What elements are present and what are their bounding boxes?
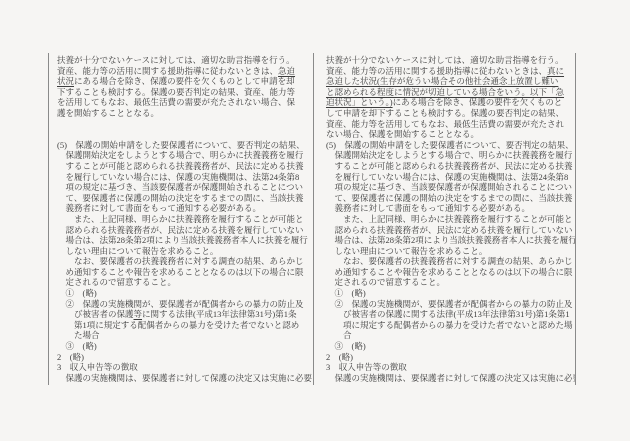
text-line: 保護の実施機関は、要保護者に対して保護の決定又は実施に必要 [57, 373, 310, 384]
text-run: しない理由について報告を求めること。 [326, 246, 487, 256]
text-run: 場合は、法第28条第2項により当該扶養義務者本人に扶養を履行 [57, 235, 308, 245]
text-line: ③ (略) [326, 341, 574, 352]
text-run: び被害者の保護に関する法律(平成13年法律第31号)第1条第1 [326, 309, 570, 319]
text-line: しない理由について報告を求めること。 [57, 246, 310, 257]
text-line: また、上記同様、明らかに扶養義務を履行することが可能と [57, 214, 310, 225]
changed-text: 状況 [57, 76, 74, 86]
text-run: にある場合を除き、保護の要件を欠くものとして申請を却 [74, 76, 295, 86]
text-run: しない理由について報告を求めること。 [57, 246, 218, 256]
text-line: を履行していない場合には、保護の実施機関は、法第24条第8 [326, 172, 574, 183]
text-line: 場合は、法第28条第2項により当該扶養義務者本人に扶養を履行 [57, 235, 310, 246]
text-run: して申請を却下することも検討する。保護の要否判定の結果、 [326, 108, 564, 118]
text-run: ③ (略) [326, 341, 366, 351]
text-run: ① (略) [326, 288, 366, 298]
text-line: び被害者の保護等に関する法律(平成13年法律第31号)第1条 [57, 309, 310, 320]
text-line: 認められる扶養義務者が、民法に定める扶養を履行していない [57, 225, 310, 236]
text-run: 認められる扶養義務者が、民法に定める扶養を履行していない [326, 225, 573, 235]
text-line: (5) 保護の開始申請をした要保護者について、要否判定の結果、 [57, 140, 310, 151]
comparison-column-left: 扶養が十分でないケースに対しては、適切な助言指導を行う。資産、能力等の活用に関す… [48, 53, 314, 385]
text-run: 項に規定する配偶者からの暴力を受けた者でないと認めた場 [326, 320, 573, 330]
text-line: 義務者に対して書面をもって通知する必要がある。 [57, 203, 310, 214]
text-run: 定されるので留意すること。 [57, 277, 176, 287]
text-line: 2 (略) [57, 352, 310, 363]
text-line: び被害者の保護に関する法律(平成13年法律第31号)第1条第1 [326, 309, 574, 320]
text-run: め通知することや報告を求めることとなるのは以下の場合に限 [57, 267, 304, 277]
text-run: 義務者に対して書面をもって通知する必要がある。 [326, 203, 530, 213]
text-run: 認められる扶養義務者が、民法に定める扶養を履行していない [57, 225, 304, 235]
text-line: 護を開始することとなる。 [57, 108, 310, 119]
text-line: 保護開始決定をしようとする場合で、明らかに扶養義務を履行 [57, 150, 310, 161]
text-line: め通知することや報告を求めることとなるのは以下の場合に限 [57, 267, 310, 278]
text-line: ② 保護の実施機関が、要保護者が配偶者からの暴力の防止及 [326, 299, 574, 310]
text-run: 2 (略) [326, 352, 353, 362]
text-run: め通知することや報告を求めることとなるのは以下の場合に限 [326, 267, 573, 277]
text-line: 認められる扶養義務者が、民法に定める扶養を履行していない [326, 225, 574, 236]
changed-text: 急迫した状況(生存が危うい場合その他社会通念上放置し難い [326, 76, 558, 86]
text-line: 場合は、法第28条第2項により当該扶養義務者本人に扶養を履行 [326, 235, 574, 246]
text-line: 迫状況」という。)にある場合を除き、保護の要件を欠くものと [326, 97, 574, 108]
text-line: 資産、能力等の活用に関する援助指導に従わないときは、真に [326, 66, 574, 77]
text-run: 護を開始することとなる。 [57, 108, 159, 118]
text-line: また、上記同様、明らかに扶養義務を履行することが可能と [326, 214, 574, 225]
text-run: 3 収入申告等の徴取 [57, 362, 138, 372]
changed-text: 真に [547, 66, 564, 76]
text-run: 資産、能力等の活用に関する援助指導に従わないときは、 [57, 66, 278, 76]
text-line: 合 [326, 330, 574, 341]
text-line: しない理由について報告を求めること。 [326, 246, 574, 257]
text-run: た場合 [57, 330, 100, 340]
text-run: することが可能と認められる扶養義務者が、民法に定める扶養 [326, 161, 573, 171]
text-run: 項の規定に基づき、当該要保護者が保護開始されることについ [57, 182, 303, 192]
text-line: 急迫した状況(生存が危うい場合その他社会通念上放置し難い [326, 76, 574, 87]
text-line: することが可能と認められる扶養義務者が、民法に定める扶養 [57, 161, 310, 172]
text-run: を活用してもなお、最低生活費の需要が充たされない場合、保 [57, 97, 295, 107]
text-line: 資産、能力等の活用に関する援助指導に従わないときは、急迫 [57, 66, 310, 77]
text-run: に関する法律(平成13年法律第31号)第1条 [142, 309, 296, 319]
text-line: ③ (略) [57, 341, 310, 352]
text-run: 資産、能力等を活用してもなお、最低生活費の需要が充たされ [326, 119, 564, 129]
text-run: ③ (略) [57, 341, 97, 351]
text-run: ② 保護の実施機関が、要保護者が配偶者からの暴力の防止及 [57, 299, 304, 309]
text-line: 第1項に規定する配偶者からの暴力を受けた者でないと認め [57, 320, 310, 331]
text-run: また、上記同様、明らかに扶養義務を履行することが可能と [326, 214, 573, 224]
text-line: 扶養が十分でないケースに対しては、適切な助言指導を行う。 [326, 55, 574, 66]
text-run: にある場合を除き、保護の要件を欠くものと [393, 97, 563, 107]
text-run: ② 保護の実施機関が、要保護者が配偶者からの暴力の防止及 [326, 299, 573, 309]
text-line: た場合 [57, 330, 310, 341]
text-line: 3 収入申告等の徴取 [326, 362, 574, 373]
text-run: (5) 保護の開始申請をした要保護者について、要否判定の結果、 [57, 140, 305, 150]
text-run: 第1項に規定する配偶者からの暴力を受けた者でないと認め [57, 320, 299, 330]
text-line: ① (略) [57, 288, 310, 299]
text-line: ない場合、保護を開始することとなる。 [326, 129, 574, 140]
text-line: と認められる程度に情況が切迫している場合をいう。以下「急 [326, 87, 574, 98]
text-line: 扶養が十分でないケースに対しては、適切な助言指導を行う。 [57, 55, 310, 66]
text-line: 状況にある場合を除き、保護の要件を欠くものとして申請を却 [57, 76, 310, 87]
text-line: 義務者に対して書面をもって通知する必要がある。 [326, 203, 574, 214]
text-line: 下することも検討する。保護の要否判定の結果、資産、能力等 [57, 87, 310, 98]
text-run: 合 [326, 330, 352, 340]
text-line: 項に規定する配偶者からの暴力を受けた者でないと認めた場 [326, 320, 574, 331]
text-run: 義務者に対して書面をもって通知する必要がある。 [57, 203, 261, 213]
text-line: 保護の実施機関は、要保護者に対して保護の決定又は実施に必要 [326, 373, 574, 384]
text-run: 3 収入申告等の徴取 [326, 362, 407, 372]
text-line: 3 収入申告等の徴取 [57, 362, 310, 373]
text-run: 保護の実施機関は、要保護者に対して保護の決定又は実施に必要 [57, 373, 312, 383]
text-run: を履行していない場合には、保護の実施機関は、法第24条第8 [326, 172, 568, 182]
text-run: なお、要保護者の扶養義務者に対する調査の結果、あらかじ [57, 256, 304, 266]
text-run: 保護開始決定をしようとする場合で、明らかに扶養義務を履行 [326, 150, 572, 160]
text-run: 場合は、法第28条第2項により当該扶養義務者本人に扶養を履行 [326, 235, 576, 245]
text-run: ない場合、保護を開始することとなる。 [326, 129, 479, 139]
text-line: ① (略) [326, 288, 574, 299]
text-line: なお、要保護者の扶養義務者に対する調査の結果、あらかじ [326, 256, 574, 267]
text-run: 保護の実施機関は、要保護者に対して保護の決定又は実施に必要 [326, 373, 576, 383]
text-line: て、要保護者に保護の開始の決定をするまでの間に、当該扶養 [57, 193, 310, 204]
text-line: 保護開始決定をしようとする場合で、明らかに扶養義務を履行 [326, 150, 574, 161]
text-run: て、要保護者に保護の開始の決定をするまでの間に、当該扶養 [57, 193, 303, 203]
changed-text: 迫状況」という。) [326, 97, 393, 107]
text-run: することが可能と認められる扶養義務者が、民法に定める扶養 [57, 161, 304, 171]
text-line: め通知することや報告を求めることとなるのは以下の場合に限 [326, 267, 574, 278]
changed-text: 急迫 [278, 66, 295, 76]
text-line: 資産、能力等を活用してもなお、最低生活費の需要が充たされ [326, 119, 574, 130]
text-run: 定されるので留意すること。 [326, 277, 445, 287]
text-line: (5) 保護の開始申請をした要保護者について、要否判定の結果、 [326, 140, 574, 151]
text-line: 項の規定に基づき、当該要保護者が保護開始されることについ [57, 182, 310, 193]
text-run: 扶養が十分でないケースに対しては、適切な助言指導を行う。 [57, 55, 295, 65]
text-run: 資産、能力等の活用に関する援助指導に従わないときは、 [326, 66, 547, 76]
text-run: 2 (略) [57, 352, 84, 362]
text-line: することが可能と認められる扶養義務者が、民法に定める扶養 [326, 161, 574, 172]
text-run: て、要保護者に保護の開始の決定をするまでの間に、当該扶養 [326, 193, 572, 203]
text-line: て、要保護者に保護の開始の決定をするまでの間に、当該扶養 [326, 193, 574, 204]
text-line: 項の規定に基づき、当該要保護者が保護開始されることについ [326, 182, 574, 193]
text-line [57, 119, 310, 130]
text-run: 項の規定に基づき、当該要保護者が保護開始されることについ [326, 182, 572, 192]
text-line: して申請を却下することも検討する。保護の要否判定の結果、 [326, 108, 574, 119]
text-run: また、上記同様、明らかに扶養義務を履行することが可能と [57, 214, 304, 224]
changed-text: 等 [134, 309, 143, 319]
text-run: なお、要保護者の扶養義務者に対する調査の結果、あらかじ [326, 256, 573, 266]
text-run: ① (略) [57, 288, 97, 298]
comparison-column-right: 扶養が十分でないケースに対しては、適切な助言指導を行う。資産、能力等の活用に関す… [314, 53, 576, 385]
text-run: を履行していない場合には、保護の実施機関は、法第24条第8 [57, 172, 299, 182]
text-line: なお、要保護者の扶養義務者に対する調査の結果、あらかじ [57, 256, 310, 267]
text-line: 定されるので留意すること。 [57, 277, 310, 288]
text-line: 定されるので留意すること。 [326, 277, 574, 288]
changed-text: と認められる程度に情況が切迫している場合をいう。以下「急 [326, 87, 564, 97]
text-line: を活用してもなお、最低生活費の需要が充たされない場合、保 [57, 97, 310, 108]
document-page: 扶養が十分でないケースに対しては、適切な助言指導を行う。資産、能力等の活用に関す… [0, 0, 630, 441]
text-run: 扶養が十分でないケースに対しては、適切な助言指導を行う。 [326, 55, 564, 65]
text-run: (5) 保護の開始申請をした要保護者について、要否判定の結果、 [326, 140, 574, 150]
text-line: 2 (略) [326, 352, 574, 363]
text-line [57, 129, 310, 140]
text-run: び被害者の保護 [57, 309, 134, 319]
text-run: 下することも検討する。保護の要否判定の結果、資産、能力等 [57, 87, 295, 97]
text-run: 保護開始決定をしようとする場合で、明らかに扶養義務を履行 [57, 150, 303, 160]
text-line: を履行していない場合には、保護の実施機関は、法第24条第8 [57, 172, 310, 183]
text-line: ② 保護の実施機関が、要保護者が配偶者からの暴力の防止及 [57, 299, 310, 310]
